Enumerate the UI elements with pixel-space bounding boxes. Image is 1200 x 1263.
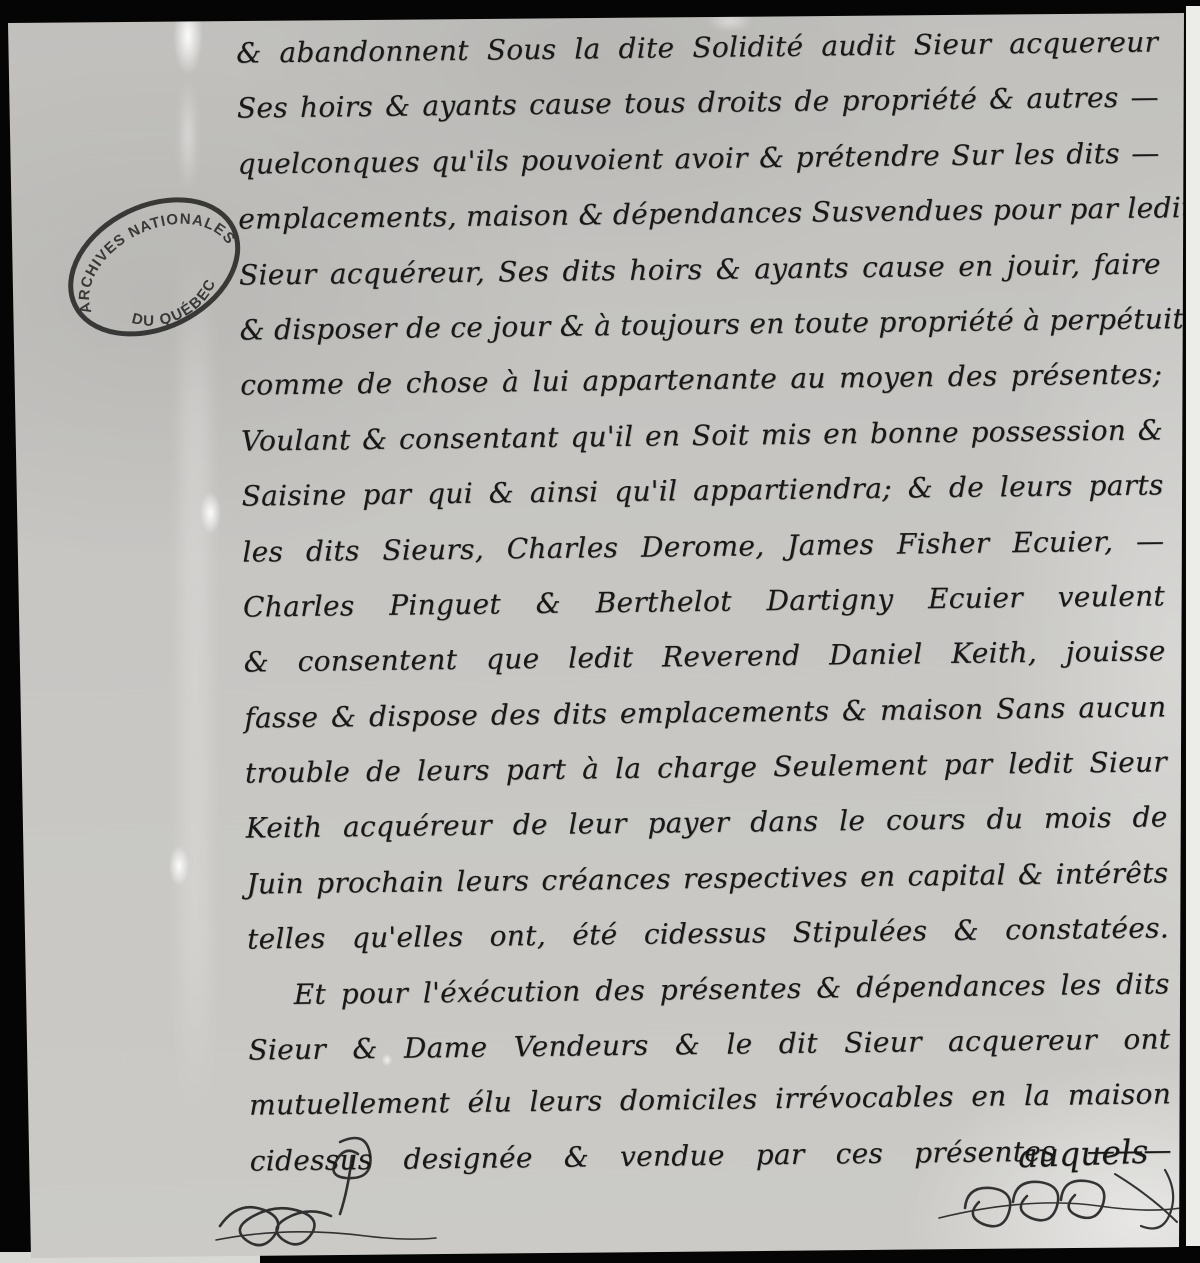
document-page: ARCHIVES NATIONALES DU QUÉBEC & abandonn… — [0, 0, 1200, 1263]
paraph-flourish-left — [212, 1128, 442, 1260]
paraph-flourish-right — [935, 1160, 1185, 1245]
scan-frame: ARCHIVES NATIONALES DU QUÉBEC & abandonn… — [0, 0, 1200, 1263]
light-spot — [166, 840, 192, 892]
light-spot — [197, 486, 224, 540]
manuscript-text: & abandonnent Sous la dite Solidité audi… — [236, 14, 1172, 1188]
scanner-edge-right — [1186, 6, 1200, 1246]
stamp-oval-border — [48, 173, 260, 360]
light-streak — [180, 240, 210, 1120]
